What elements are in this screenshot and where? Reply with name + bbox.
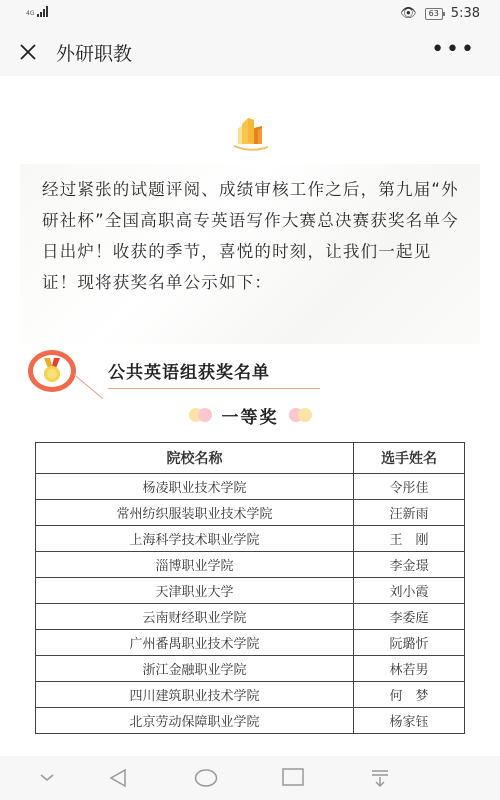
name-cell: 杨家钰 bbox=[354, 708, 465, 734]
table-row: 常州纺织服装职业技术学院汪新雨 bbox=[36, 500, 465, 526]
school-cell: 云南财经职业学院 bbox=[36, 604, 354, 630]
table-row: 杨凌职业技术学院令彤佳 bbox=[36, 474, 465, 500]
school-cell: 浙江金融职业学院 bbox=[36, 656, 354, 682]
school-cell: 天津职业大学 bbox=[36, 578, 354, 604]
clock: 5:38 bbox=[451, 6, 480, 21]
back-icon[interactable] bbox=[108, 768, 128, 788]
table-row: 淄博职业学院李金璟 bbox=[36, 552, 465, 578]
status-bar: 4G 👁 63 5:38 bbox=[0, 0, 500, 28]
section-title: 公共英语组获奖名单 bbox=[108, 358, 270, 383]
system-navigation-bar bbox=[0, 756, 500, 800]
intro-panel: 经过紧张的试题评阅、成绩审核工作之后，第九届“外研社杯”全国高职高专英语写作大赛… bbox=[20, 164, 480, 344]
name-cell: 刘小霞 bbox=[354, 578, 465, 604]
school-cell: 四川建筑职业技术学院 bbox=[36, 682, 354, 708]
divider bbox=[74, 374, 104, 399]
app-header: 外研职教 ••• bbox=[0, 28, 500, 76]
notification-pull-icon[interactable] bbox=[370, 768, 390, 788]
name-cell: 林若男 bbox=[354, 656, 465, 682]
medal-badge bbox=[28, 350, 76, 392]
table-header-row: 院校名称 选手姓名 bbox=[36, 443, 465, 474]
article-content[interactable]: 经过紧张的试题评阅、成绩审核工作之后，第九届“外研社杯”全国高职高专英语写作大赛… bbox=[0, 76, 500, 756]
logo-icon bbox=[228, 114, 274, 152]
name-cell: 李委庭 bbox=[354, 604, 465, 630]
prize-heading: 一等奖 bbox=[0, 400, 500, 430]
name-cell: 王 刚 bbox=[354, 526, 465, 552]
decor-dots-icon bbox=[189, 408, 212, 422]
section-header: 公共英语组获奖名单 bbox=[28, 348, 328, 394]
eye-comfort-icon: 👁 bbox=[400, 6, 417, 21]
table-row: 北京劳动保障职业学院杨家钰 bbox=[36, 708, 465, 734]
name-cell: 何 梦 bbox=[354, 682, 465, 708]
page-title: 外研职教 bbox=[56, 39, 132, 66]
intro-text: 经过紧张的试题评阅、成绩审核工作之后，第九届“外研社杯”全国高职高专英语写作大赛… bbox=[20, 164, 462, 298]
school-cell: 杨凌职业技术学院 bbox=[36, 474, 354, 500]
table-row: 天津职业大学刘小霞 bbox=[36, 578, 465, 604]
table-row: 上海科学技术职业学院王 刚 bbox=[36, 526, 465, 552]
home-icon[interactable] bbox=[194, 768, 218, 788]
battery-icon: 63 bbox=[425, 8, 443, 20]
name-cell: 李金璟 bbox=[354, 552, 465, 578]
school-cell: 淄博职业学院 bbox=[36, 552, 354, 578]
name-cell: 汪新雨 bbox=[354, 500, 465, 526]
header-school: 院校名称 bbox=[36, 443, 354, 474]
name-cell: 令彤佳 bbox=[354, 474, 465, 500]
recents-icon[interactable] bbox=[282, 768, 304, 786]
school-cell: 上海科学技术职业学院 bbox=[36, 526, 354, 552]
close-icon bbox=[19, 43, 37, 61]
table-row: 四川建筑职业技术学院何 梦 bbox=[36, 682, 465, 708]
winners-table: 院校名称 选手姓名 杨凌职业技术学院令彤佳 常州纺织服装职业技术学院汪新雨 上海… bbox=[35, 442, 465, 734]
table-row: 云南财经职业学院李委庭 bbox=[36, 604, 465, 630]
school-cell: 广州番禺职业技术学院 bbox=[36, 630, 354, 656]
divider bbox=[108, 388, 320, 389]
prize-title: 一等奖 bbox=[222, 403, 279, 428]
name-cell: 阮璐忻 bbox=[354, 630, 465, 656]
header-name: 选手姓名 bbox=[354, 443, 465, 474]
decor-dots-icon bbox=[289, 408, 312, 422]
school-cell: 常州纺织服装职业技术学院 bbox=[36, 500, 354, 526]
signal-icon: 4G bbox=[26, 6, 48, 17]
table-row: 广州番禺职业技术学院阮璐忻 bbox=[36, 630, 465, 656]
close-button[interactable] bbox=[16, 40, 40, 64]
hide-keyboard-icon[interactable] bbox=[38, 772, 56, 784]
medal-icon bbox=[40, 358, 64, 384]
table-row: 浙江金融职业学院林若男 bbox=[36, 656, 465, 682]
school-cell: 北京劳动保障职业学院 bbox=[36, 708, 354, 734]
more-button[interactable]: ••• bbox=[431, 40, 476, 60]
network-type: 4G bbox=[26, 11, 34, 17]
